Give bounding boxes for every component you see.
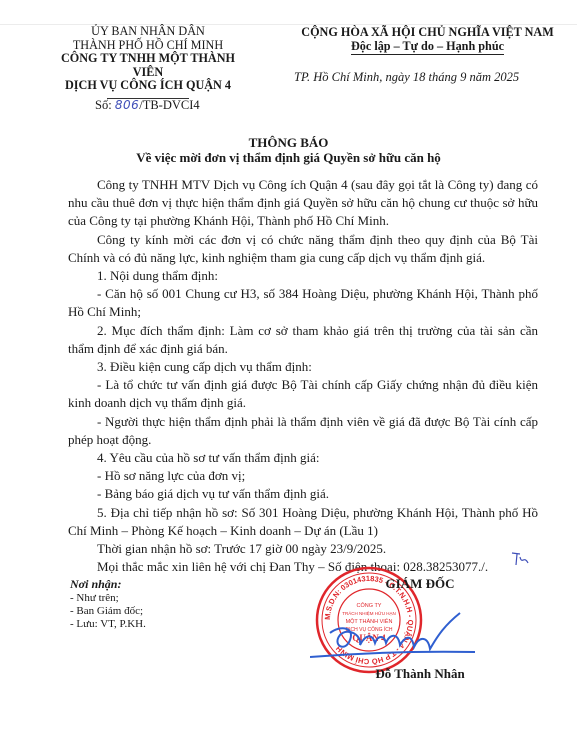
section-4-item-1: - Hồ sơ năng lực của đơn vị; [68, 467, 538, 485]
issuer-header: ỦY BAN NHÂN DÂN THÀNH PHỐ HỒ CHÍ MINH CÔ… [48, 25, 248, 99]
section-2: 2. Mục đích thẩm định: Làm cơ sở tham kh… [68, 322, 538, 358]
handwritten-signature-icon [310, 605, 485, 675]
national-header: CỘNG HÒA XÃ HỘI CHỦ NGHĨA VIỆT NAM Độc l… [285, 25, 570, 55]
section-4-heading: 4. Yêu cầu của hồ sơ tư vấn thẩm định gi… [68, 449, 538, 467]
national-motto: Độc lập – Tự do – Hạnh phúc [351, 39, 504, 55]
document-page: ỦY BAN NHÂN DÂN THÀNH PHỐ HỒ CHÍ MINH CÔ… [0, 0, 577, 749]
initials-mark-icon [510, 551, 530, 567]
paragraph-invitation: Công ty kính mời các đơn vị có chức năng… [68, 231, 538, 267]
recipients-block: Nơi nhận: - Như trên; - Ban Giám đốc; - … [70, 578, 146, 631]
contact-info: Mọi thắc mắc xin liên hệ với chị Đan Thy… [68, 558, 538, 576]
paragraph-intro: Công ty TNHH MTV Dịch vụ Công ích Quận 4… [68, 176, 538, 231]
document-body: Công ty TNHH MTV Dịch vụ Công ích Quận 4… [68, 176, 538, 576]
section-4-item-2: - Bảng báo giá dịch vụ tư vấn thẩm định … [68, 485, 538, 503]
section-1-item: - Căn hộ số 001 Chung cư H3, số 384 Hoàn… [68, 285, 538, 321]
document-subject: Về việc mời đơn vị thẩm định giá Quyền s… [0, 150, 577, 166]
document-date: TP. Hồ Chí Minh, ngày 18 tháng 9 năm 202… [294, 70, 519, 85]
recipients-label: Nơi nhận: [70, 578, 146, 591]
recipient-item: - Lưu: VT, P.KH. [70, 618, 146, 631]
signer-position: GIÁM ĐỐC [345, 576, 495, 592]
issuer-line-2: THÀNH PHỐ HỒ CHÍ MINH [48, 39, 248, 53]
section-5: 5. Địa chỉ tiếp nhận hồ sơ: Số 301 Hoàng… [68, 504, 538, 540]
deadline: Thời gian nhận hồ sơ: Trước 17 giờ 00 ng… [68, 540, 538, 558]
section-3-heading: 3. Điều kiện cung cấp dịch vụ thẩm định: [68, 358, 538, 376]
recipient-item: - Ban Giám đốc; [70, 605, 146, 618]
number-handwritten: 806 [115, 98, 139, 112]
national-title: CỘNG HÒA XÃ HỘI CHỦ NGHĨA VIỆT NAM [285, 25, 570, 39]
section-3-item-2: - Người thực hiện thẩm định phải là thẩm… [68, 413, 538, 449]
issuer-line-1: ỦY BAN NHÂN DÂN [48, 25, 248, 39]
recipient-item: - Như trên; [70, 592, 146, 605]
section-3-item-1: - Là tổ chức tư vấn định giá được Bộ Tài… [68, 376, 538, 412]
issuer-company: CÔNG TY TNHH MỘT THÀNH VIÊN [48, 52, 248, 79]
document-title: THÔNG BÁO [0, 135, 577, 151]
issuer-company-2: DỊCH VỤ CÔNG ÍCH QUẬN 4 [48, 79, 248, 93]
number-label: Số: [95, 98, 112, 112]
number-suffix: /TB-DVCI4 [139, 98, 199, 112]
section-1-heading: 1. Nội dung thẩm định: [68, 267, 538, 285]
signature-block: GIÁM ĐỐC Đỗ Thành Nhân [345, 576, 495, 592]
document-number: Số: 806/TB-DVCI4 [95, 98, 200, 113]
